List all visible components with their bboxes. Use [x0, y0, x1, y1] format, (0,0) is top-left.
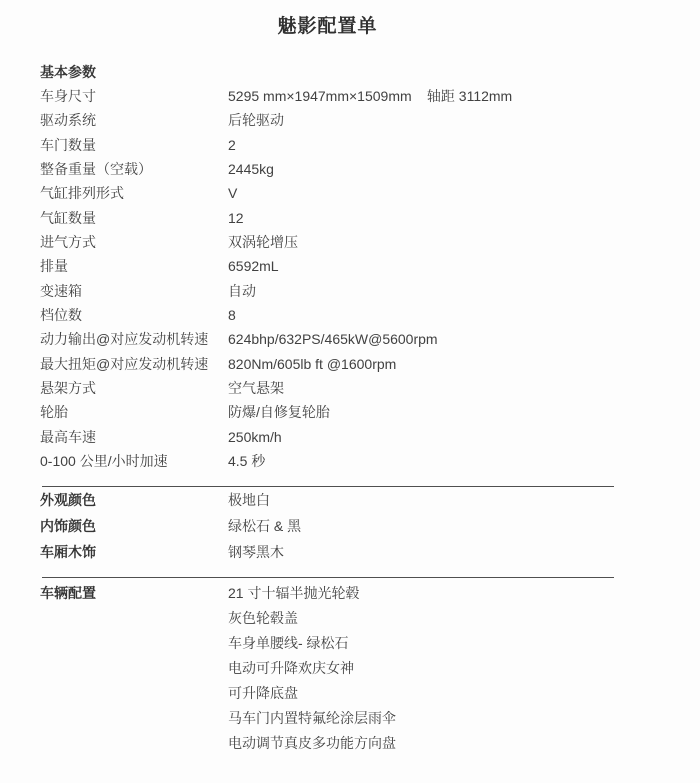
spec-row-interior-color: 内饰颜色 绿松石 & 黑 [40, 513, 615, 539]
spec-value: 2 [228, 133, 615, 157]
spec-label: 驱动系统 [40, 108, 228, 132]
spec-value: 2445kg [228, 157, 615, 181]
spec-value: 极地白 [228, 487, 615, 513]
spec-row-curb-weight: 整备重量（空载） 2445kg [40, 157, 615, 181]
spec-value: 4.5 秒 [228, 449, 615, 473]
spec-row-max-torque: 最大扭矩@对应发动机转速 820Nm/605lb ft @1600rpm [40, 352, 615, 376]
spec-value: 6592mL [228, 254, 615, 278]
spec-label: 进气方式 [40, 230, 228, 254]
config-item: 马车门内置特氟纶涂层雨伞 [228, 706, 615, 731]
spec-label: 最高车速 [40, 425, 228, 449]
spec-value: 防爆/自修复轮胎 [228, 400, 615, 424]
spec-value: 12 [228, 206, 615, 230]
spec-row-gearbox: 变速箱 自动 [40, 279, 615, 303]
spec-row-displacement: 排量 6592mL [40, 254, 615, 278]
spec-value: 624bhp/632PS/465kW@5600rpm [228, 327, 615, 351]
config-item: 电动可升降欢庆女神 [228, 656, 615, 681]
spec-value: 250km/h [228, 425, 615, 449]
dimension-value: 5295 mm×1947mm×1509mm [228, 84, 423, 108]
spec-sheet-page: 魅影配置单 基本参数 车身尺寸 5295 mm×1947mm×1509mm 轴距… [0, 0, 700, 783]
spec-row-body-size: 车身尺寸 5295 mm×1947mm×1509mm 轴距 3112mm [40, 84, 615, 108]
spec-row-gear-count: 档位数 8 [40, 303, 615, 327]
spec-value: 820Nm/605lb ft @1600rpm [228, 352, 615, 376]
spec-row-tires: 轮胎 防爆/自修复轮胎 [40, 400, 615, 424]
spec-label: 外观颜色 [40, 487, 228, 513]
spec-value: 钢琴黑木 [228, 539, 615, 565]
spec-value: 后轮驱动 [228, 108, 615, 132]
config-item: 车身单腰线- 绿松石 [228, 631, 615, 656]
section-divider-bottom [42, 577, 614, 578]
spec-row-cylinder-count: 气缸数量 12 [40, 206, 615, 230]
spec-value: 8 [228, 303, 615, 327]
spec-label: 变速箱 [40, 279, 228, 303]
section-header-basic: 基本参数 [40, 60, 615, 84]
vehicle-config-section: 车辆配置 21 寸十辐半抛光轮毂 灰色轮毂盖 车身单腰线- 绿松石 电动可升降欢… [40, 581, 615, 756]
spec-row-intake: 进气方式 双涡轮增压 [40, 230, 615, 254]
appearance-section: 外观颜色 极地白 内饰颜色 绿松石 & 黑 车厢木饰 钢琴黑木 [40, 487, 615, 565]
config-item: 灰色轮毂盖 [228, 606, 615, 631]
spec-value: 自动 [228, 279, 615, 303]
spec-label: 车身尺寸 [40, 84, 228, 108]
spec-label: 内饰颜色 [40, 513, 228, 539]
spec-label: 排量 [40, 254, 228, 278]
spec-row-cylinder-layout: 气缸排列形式 V [40, 181, 615, 205]
spec-row-top-speed: 最高车速 250km/h [40, 425, 615, 449]
section-header-config: 车辆配置 [40, 581, 228, 606]
config-item: 电动调节真皮多功能方向盘 [228, 731, 615, 756]
spec-label: 车门数量 [40, 133, 228, 157]
spec-value: 双涡轮增压 [228, 230, 615, 254]
spec-row-exterior-color: 外观颜色 极地白 [40, 487, 615, 513]
wheelbase-value: 轴距 3112mm [427, 88, 512, 104]
page-title: 魅影配置单 [0, 0, 655, 39]
spec-label: 整备重量（空载） [40, 157, 228, 181]
spec-label: 档位数 [40, 303, 228, 327]
spec-row-wood-trim: 车厢木饰 钢琴黑木 [40, 539, 615, 565]
spec-label: 悬架方式 [40, 376, 228, 400]
spec-row-doors: 车门数量 2 [40, 133, 615, 157]
spec-label: 气缸排列形式 [40, 181, 228, 205]
spec-value: 空气悬架 [228, 376, 615, 400]
spec-label: 车厢木饰 [40, 539, 228, 565]
spec-label: 轮胎 [40, 400, 228, 424]
spec-row-suspension: 悬架方式 空气悬架 [40, 376, 615, 400]
config-item-list: 21 寸十辐半抛光轮毂 灰色轮毂盖 车身单腰线- 绿松石 电动可升降欢庆女神 可… [228, 581, 615, 756]
spec-row-drivetrain: 驱动系统 后轮驱动 [40, 108, 615, 132]
spec-row-acceleration: 0-100 公里/小时加速 4.5 秒 [40, 449, 615, 473]
spec-content: 基本参数 车身尺寸 5295 mm×1947mm×1509mm 轴距 3112m… [40, 60, 615, 756]
spec-label: 气缸数量 [40, 206, 228, 230]
spec-label: 最大扭矩@对应发动机转速 [40, 352, 228, 376]
spec-value: V [228, 181, 615, 205]
spec-row-power-output: 动力输出@对应发动机转速 624bhp/632PS/465kW@5600rpm [40, 327, 615, 351]
spec-value: 5295 mm×1947mm×1509mm 轴距 3112mm [228, 84, 615, 108]
spec-label: 动力输出@对应发动机转速 [40, 327, 228, 351]
spec-value: 绿松石 & 黑 [228, 513, 615, 539]
spec-label: 0-100 公里/小时加速 [40, 449, 228, 473]
config-item: 21 寸十辐半抛光轮毂 [228, 581, 615, 606]
config-item: 可升降底盘 [228, 681, 615, 706]
